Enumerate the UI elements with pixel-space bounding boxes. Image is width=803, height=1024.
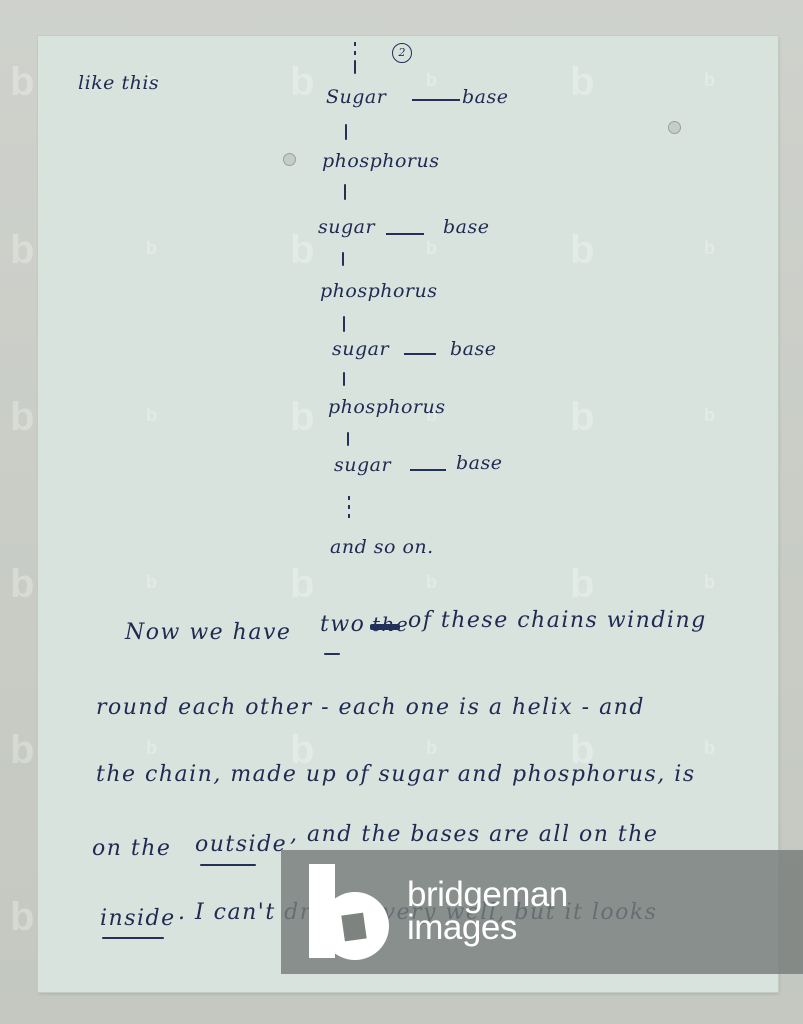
watermark-b: b	[10, 895, 34, 940]
chain-base: base	[462, 86, 509, 108]
bridgeman-wordmark: bridgeman images	[407, 878, 568, 944]
watermark-b: b	[290, 228, 314, 273]
watermark-b: b	[570, 562, 594, 607]
chain-ending: and so on.	[330, 536, 434, 558]
chain-sugar: sugar	[334, 454, 391, 476]
chain-sugar: sugar	[332, 338, 389, 360]
bond-line	[343, 316, 345, 332]
chain-phosphorus: phosphorus	[322, 150, 440, 172]
watermark-b: b	[704, 738, 715, 759]
punch-hole-right	[668, 121, 681, 134]
watermark-b: b	[10, 60, 34, 105]
brand-line-1: bridgeman	[407, 878, 568, 911]
para-line-1a: Now we have	[125, 620, 291, 645]
watermark-b: b	[146, 738, 157, 759]
sugar-base-bond	[386, 233, 424, 235]
watermark-b: b	[704, 238, 715, 259]
watermark-b: b	[704, 405, 715, 426]
chain-continuation-dots-top	[354, 42, 357, 60]
strikethrough-mark	[370, 624, 400, 630]
bond-line	[347, 432, 349, 446]
watermark-b: b	[426, 70, 437, 91]
sugar-base-bond	[404, 353, 436, 355]
punch-hole-left	[283, 153, 296, 166]
watermark-b: b	[146, 572, 157, 593]
chain-base: base	[456, 452, 503, 474]
watermark-b: b	[146, 238, 157, 259]
para-line-1b: of these chains winding	[408, 608, 707, 633]
chain-sugar: sugar	[318, 216, 375, 238]
underlined-word-outside: outside	[195, 832, 287, 857]
underlined-word-two: two	[320, 612, 365, 637]
bond-line	[345, 124, 347, 140]
para-line-4b: , and the bases are all on the	[290, 822, 658, 847]
chain-base: base	[450, 338, 497, 360]
watermark-b: b	[10, 562, 34, 607]
watermark-b: b	[704, 572, 715, 593]
watermark-b: b	[290, 562, 314, 607]
bond-line	[354, 60, 356, 74]
margin-note: like this	[78, 72, 159, 94]
para-line-2: round each other - each one is a helix -…	[96, 695, 645, 720]
underline-outside	[200, 864, 256, 866]
watermark-b: b	[290, 60, 314, 105]
watermark-b: b	[10, 728, 34, 773]
watermark-b: b	[426, 572, 437, 593]
chain-phosphorus: phosphorus	[320, 280, 438, 302]
sugar-base-bond	[410, 469, 446, 471]
underlined-word-inside: inside	[100, 906, 176, 931]
bridgeman-watermark-banner: bridgeman images	[281, 850, 803, 974]
watermark-b: b	[290, 395, 314, 440]
bond-line	[342, 252, 344, 266]
watermark-b: b	[10, 228, 34, 273]
para-line-4a: on the	[92, 836, 171, 861]
watermark-b: b	[10, 395, 34, 440]
underline-two	[324, 653, 340, 655]
underline-inside	[102, 937, 164, 939]
chain-continuation-dots-bottom	[348, 496, 351, 523]
watermark-b: b	[426, 738, 437, 759]
watermark-b: b	[570, 395, 594, 440]
chain-base: base	[443, 216, 490, 238]
watermark-b: b	[426, 238, 437, 259]
para-line-3: the chain, made up of sugar and phosphor…	[96, 762, 696, 787]
watermark-b: b	[570, 228, 594, 273]
watermark-b: b	[704, 70, 715, 91]
bond-line	[344, 184, 346, 200]
watermark-b: b	[146, 405, 157, 426]
page-number: 2	[392, 43, 412, 63]
bridgeman-b-logo-icon	[305, 864, 391, 960]
watermark-b: b	[570, 60, 594, 105]
sugar-base-bond	[412, 99, 460, 101]
chain-sugar: Sugar	[326, 86, 386, 108]
chain-phosphorus: phosphorus	[328, 396, 446, 418]
brand-line-2: images	[407, 911, 568, 944]
bond-line	[343, 372, 345, 386]
